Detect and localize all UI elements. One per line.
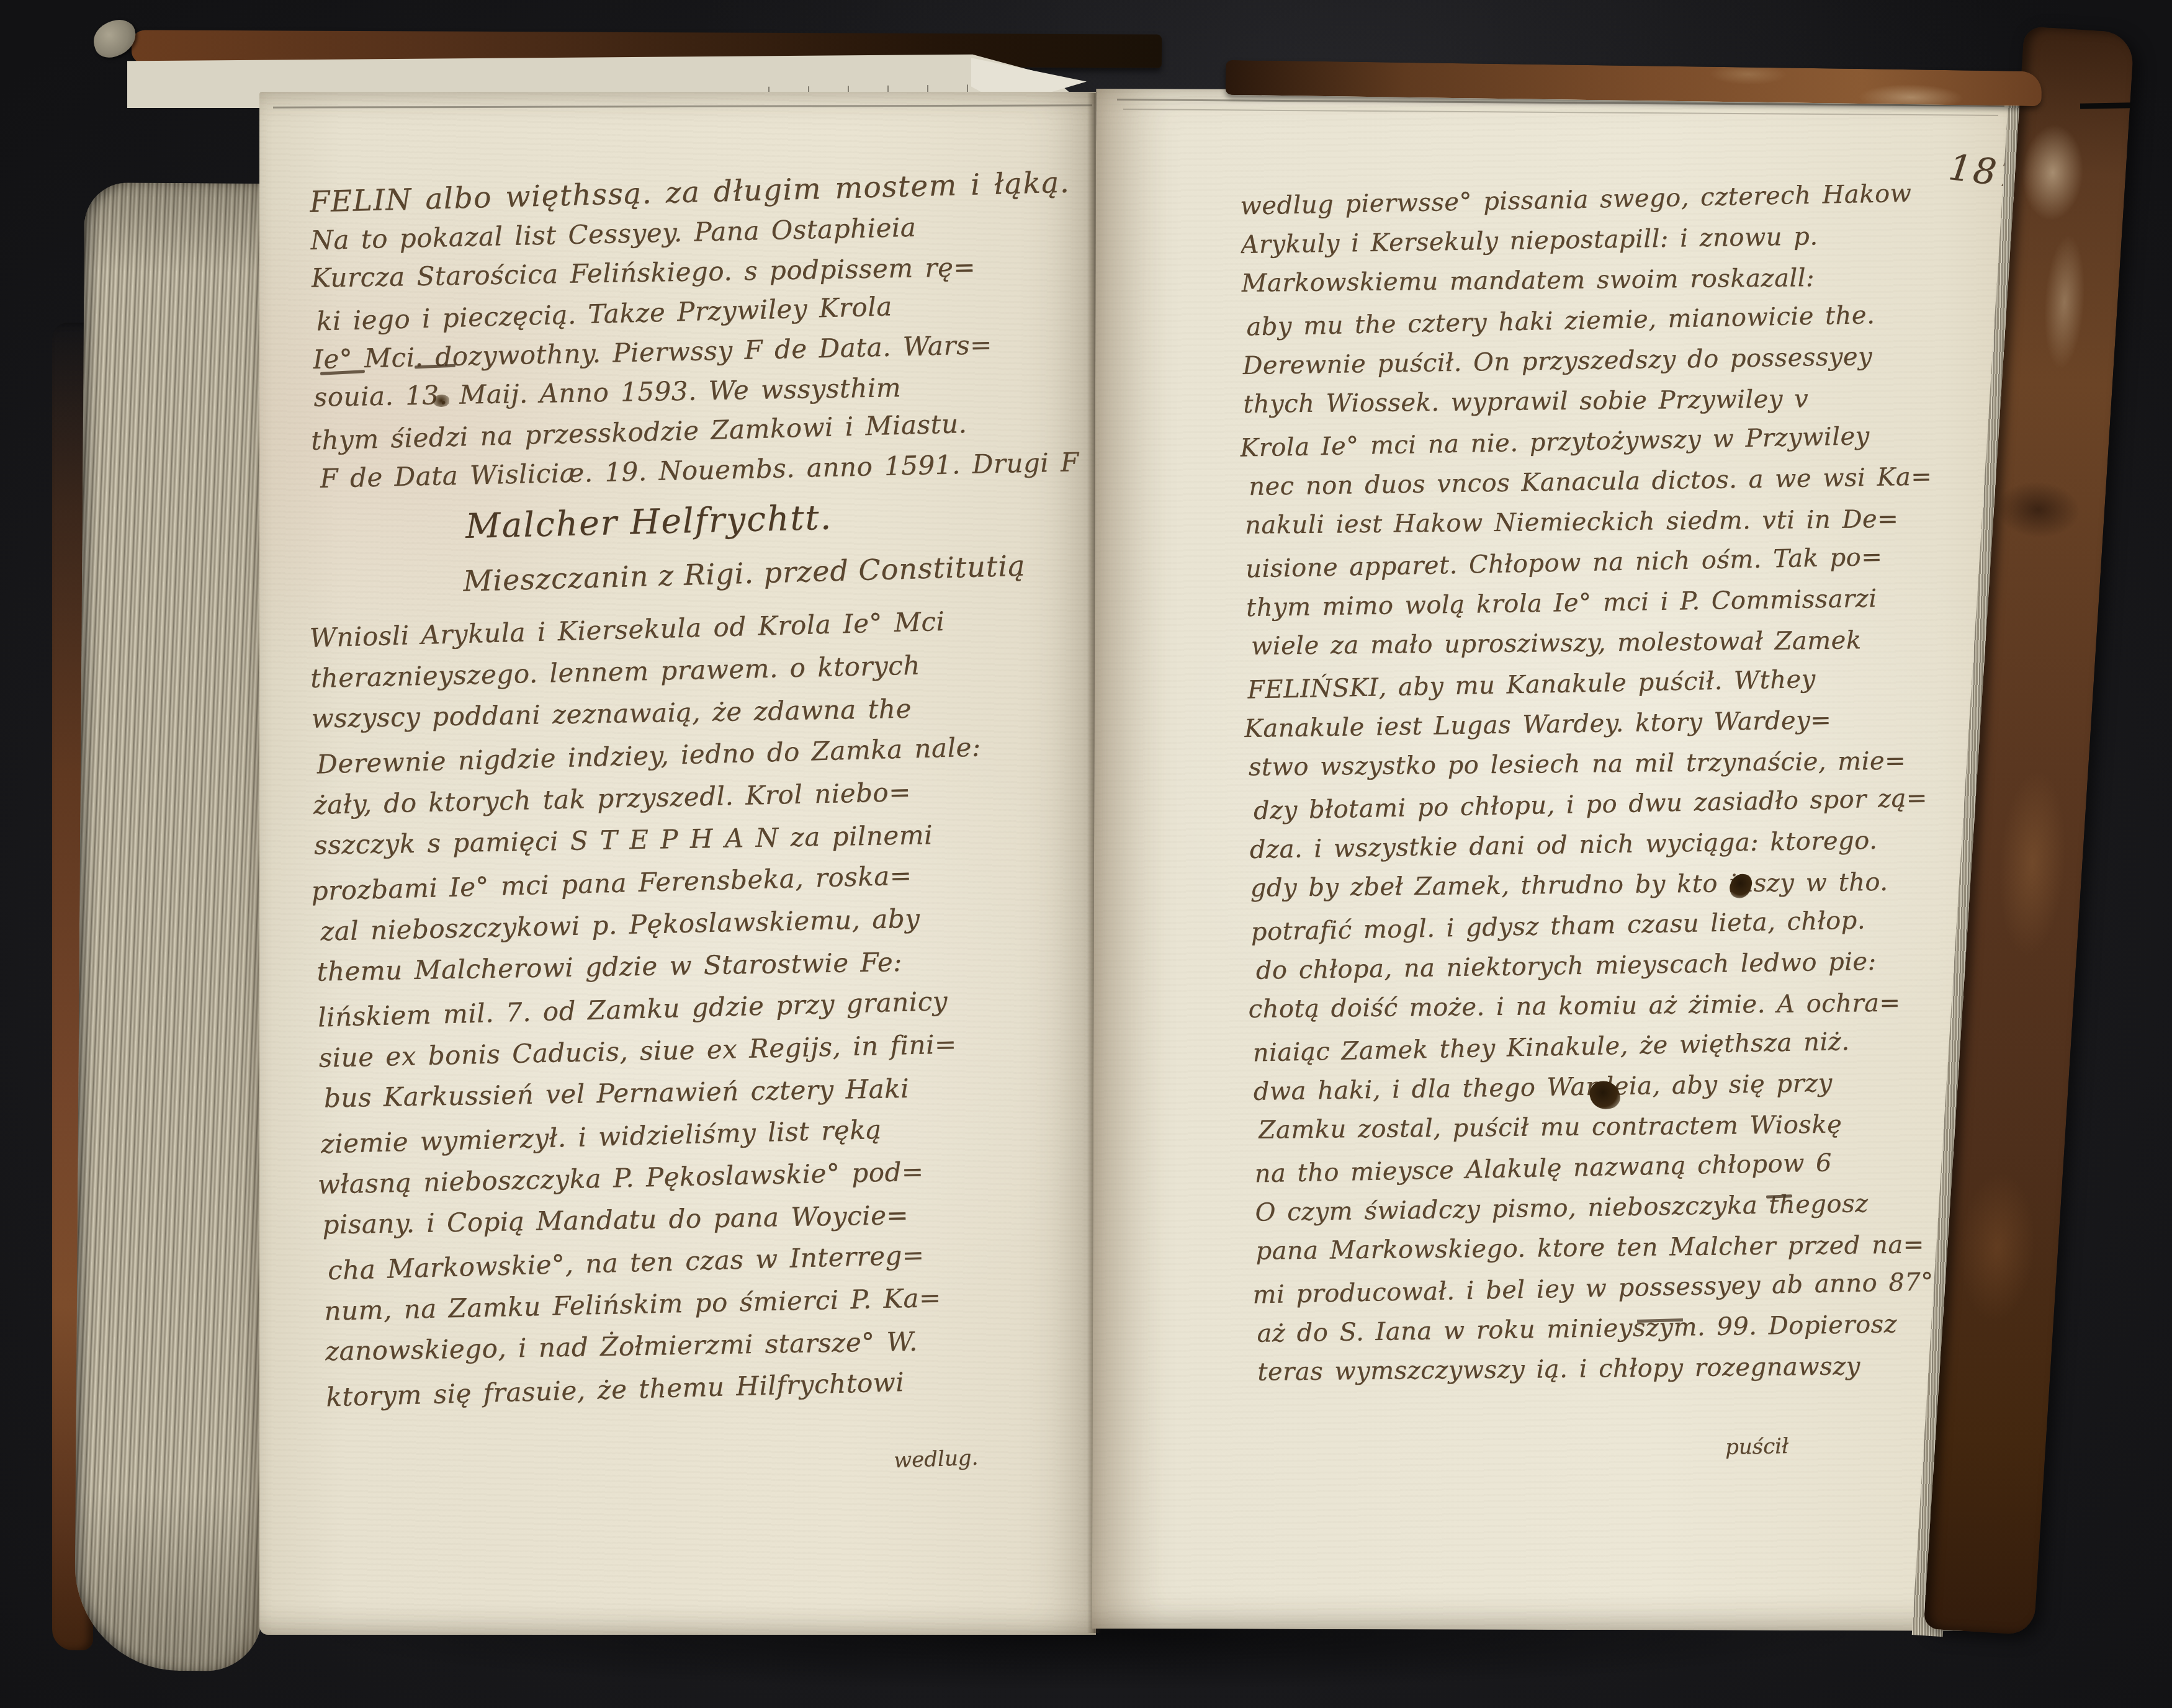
photo-backdrop: FELIN albo więthssą. za długim mostem i … [0, 0, 2172, 1708]
page-edges-fore-edge [74, 182, 272, 1671]
ink-spot [433, 395, 449, 407]
catchword: puścił [1725, 1434, 1789, 1460]
left-page-text: FELIN albo więthssą. za długim mostem i … [309, 164, 1082, 499]
background-mark [2080, 102, 2131, 109]
left-opening-paragraph: FELIN albo więthssą. za długim mostem i … [309, 164, 1082, 499]
right-body-paragraph: wedlug pierwsse° pissania swego, czterec… [1240, 174, 1984, 1395]
left-body-paragraph: Wniosli Arykula i Kiersekula od Krola Ie… [309, 599, 1093, 1417]
left-body-text: Wniosli Arykula i Kiersekula od Krola Ie… [309, 599, 1093, 1417]
catchword: wedlug. [893, 1446, 979, 1473]
manuscript-line: teras wymszczywszy ią. i chłopy rozegnaw… [1257, 1345, 1984, 1392]
right-page-text: wedlug pierwsse° pissania swego, czterec… [1240, 174, 1984, 1395]
page-under-edge-line [273, 104, 1092, 108]
